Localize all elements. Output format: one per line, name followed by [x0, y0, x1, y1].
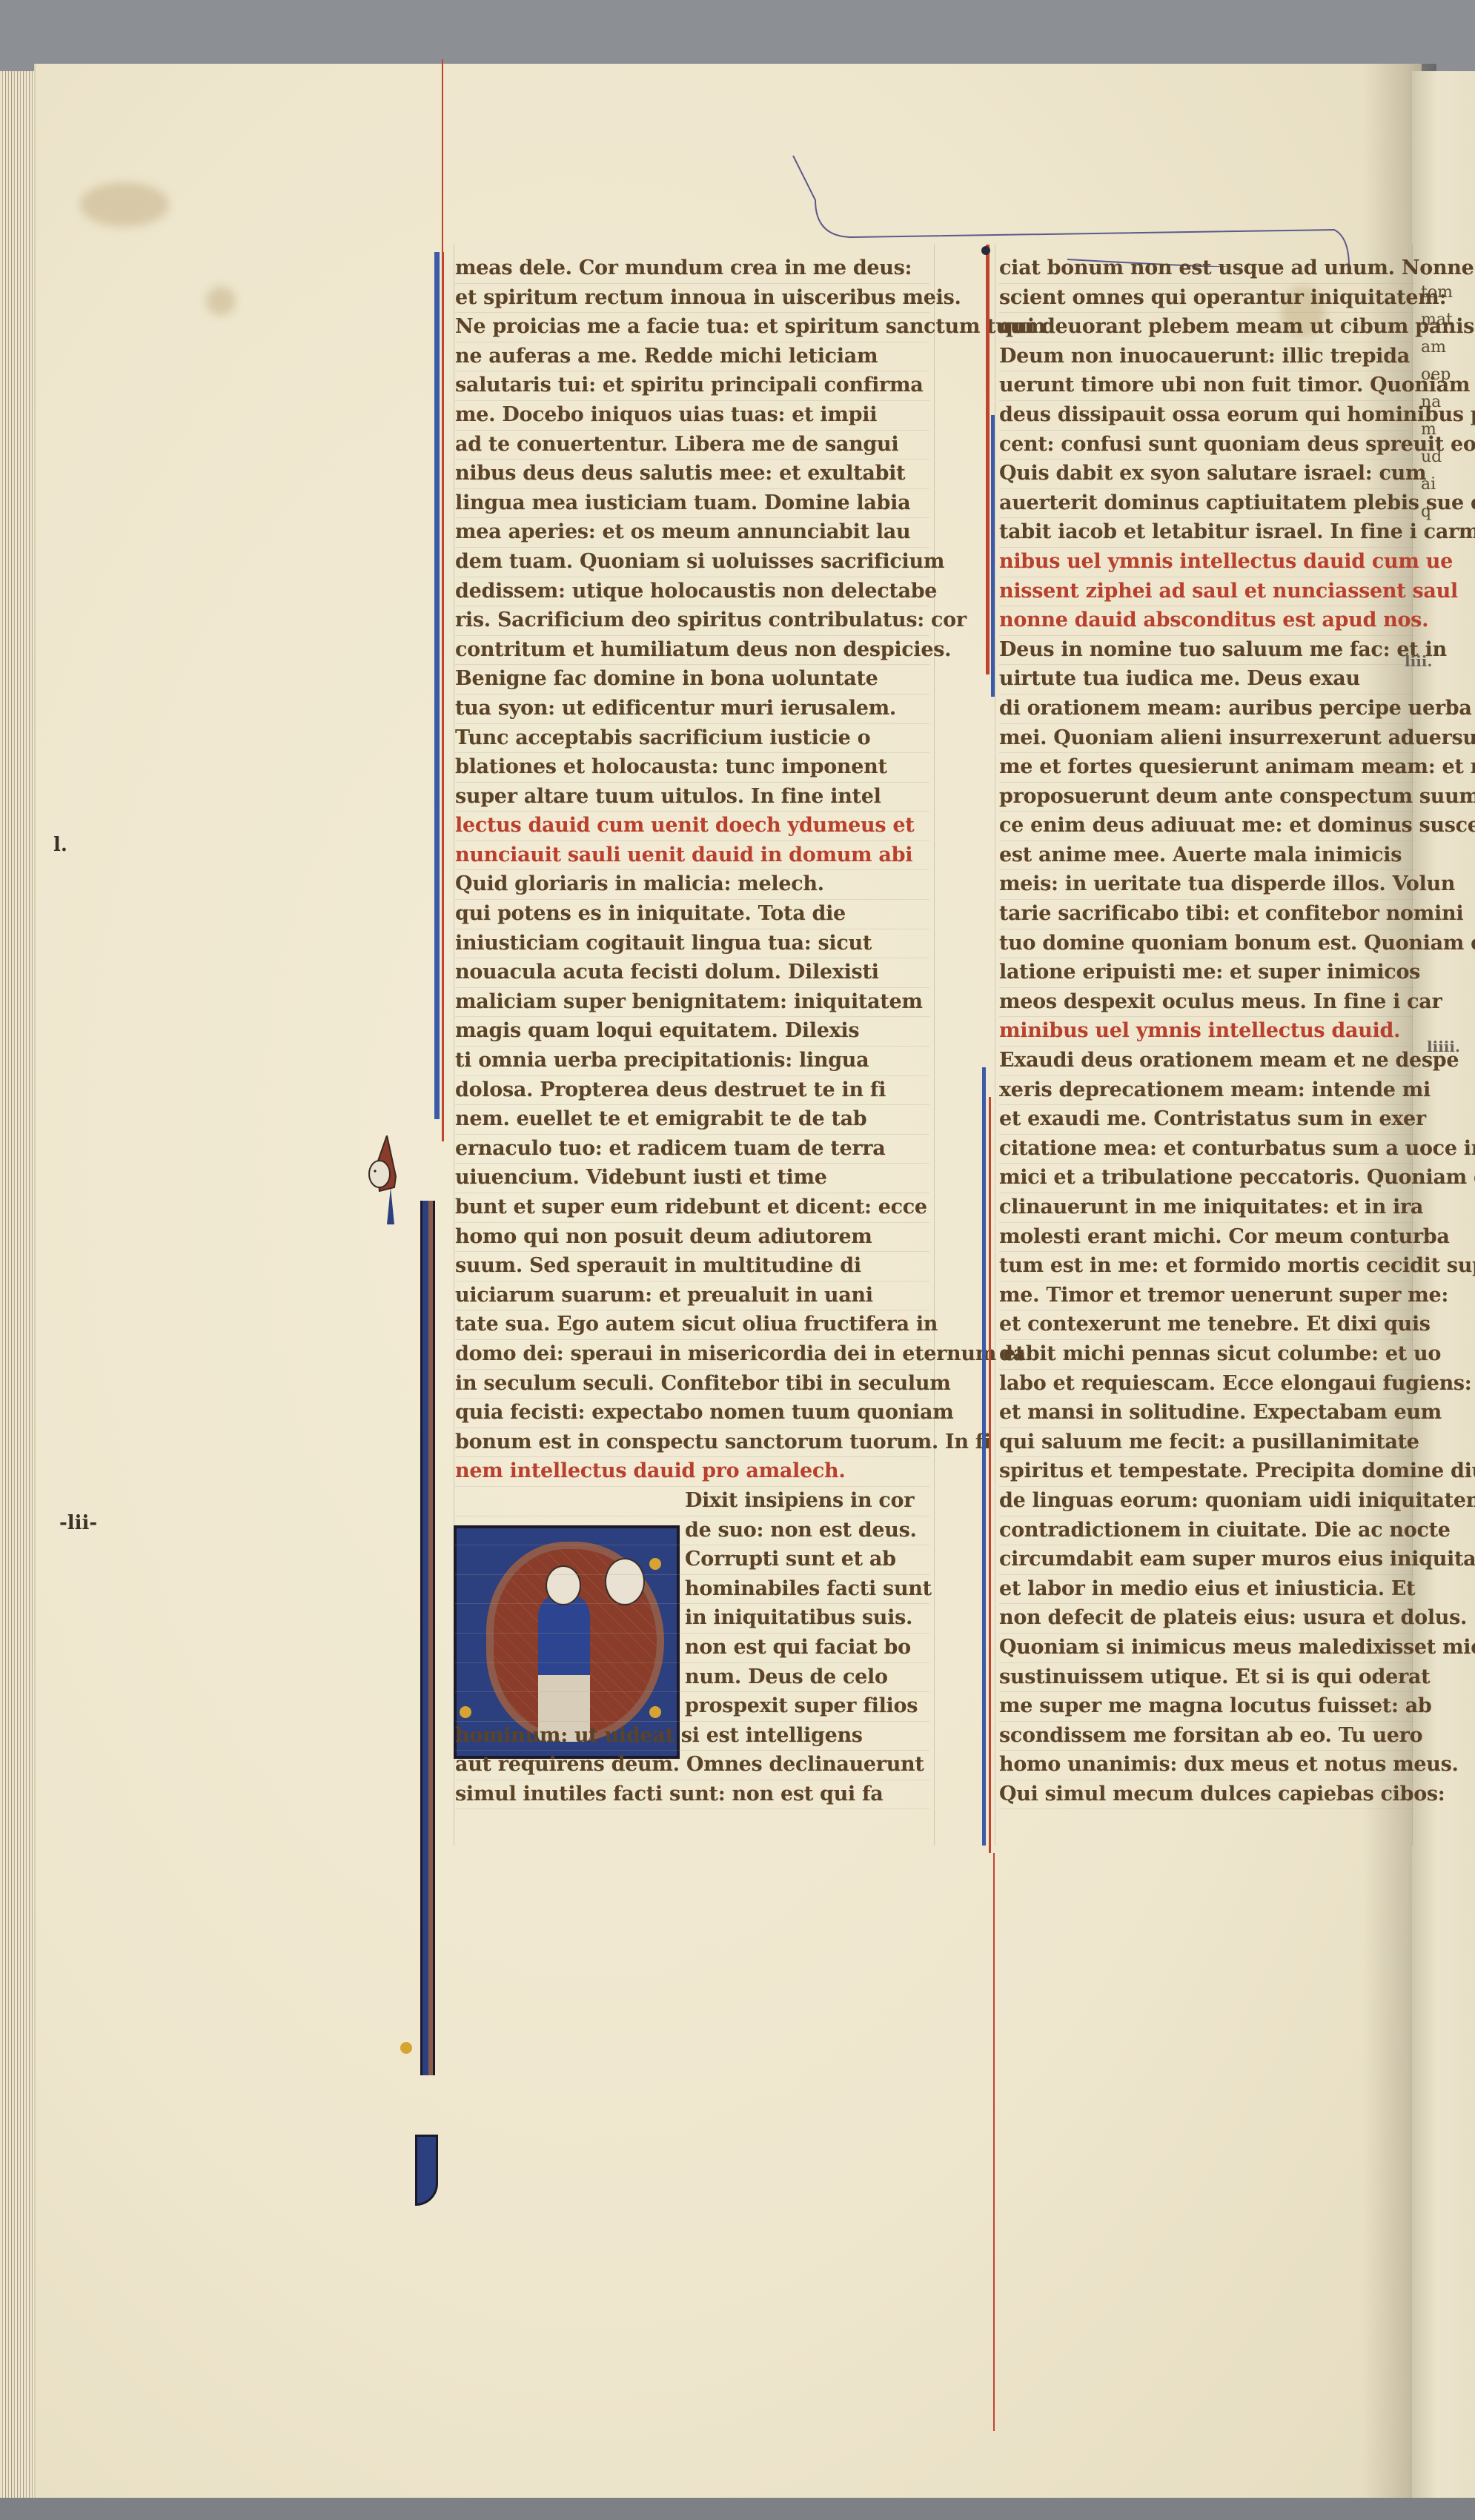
flourish-bottom [993, 1853, 995, 2431]
text-line: ne auferas a me. Redde michi leticiam [455, 342, 929, 372]
text-line: de linguas eorum: quoniam uidi iniquitat… [999, 1487, 1414, 1516]
text-line: Qui simul mecum dulces capiebas cibos: [999, 1780, 1414, 1810]
text-line: nouacula acuta fecisti dolum. Dilexisti [455, 958, 929, 988]
text-line: tabit iacob et letabitur israel. In fine… [999, 518, 1414, 548]
text-line: scient omnes qui operantur iniquitatem: [999, 284, 1414, 314]
text-line: hominabiles facti sunt [455, 1575, 929, 1605]
text-line: dabit michi pennas sicut columbe: et uo [999, 1340, 1414, 1370]
initial-bar-red [986, 245, 990, 674]
scan-backdrop-top [0, 0, 1475, 74]
text-line: simul inutiles facti sunt: non est qui f… [455, 1780, 929, 1810]
ruling-line [995, 245, 995, 1846]
text-line: qui potens es in iniquitate. Tota die [455, 900, 929, 929]
text-line: et contexerunt me tenebre. Et dixi quis [999, 1310, 1414, 1340]
stain [80, 182, 169, 227]
text-line: dem tuam. Quoniam si uoluisses sacrifici… [455, 548, 929, 577]
text-line: nem. euellet te et emigrabit te de tab [455, 1105, 929, 1135]
text-line: homo unanimis: dux meus et notus meus. [999, 1751, 1414, 1780]
text-line: in iniquitatibus suis. [455, 1604, 929, 1634]
text-line: qui saluum me fecit: a pusillanimitate [999, 1428, 1414, 1458]
text-line: homo qui non posuit deum adiutorem [455, 1223, 929, 1253]
text-line: labo et requiescam. Ecce elongaui fugien… [999, 1370, 1414, 1399]
text-line: Quis dabit ex syon salutare israel: cum [999, 460, 1414, 489]
text-line: suum. Sed sperauit in multitudine di [455, 1252, 929, 1281]
text-line: contradictionem in ciuitate. Die ac noct… [999, 1516, 1414, 1546]
text-line: bunt et super eum ridebunt et dicent: ec… [455, 1193, 929, 1223]
scan-backdrop-bottom [0, 2498, 1475, 2520]
text-line: et mansi in solitudine. Expectabam eum [999, 1399, 1414, 1428]
hooded-head-drollery-icon [365, 1135, 402, 1224]
text-line: mea aperies: et os meum annunciabit lau [455, 518, 929, 548]
text-line: sustinuissem utique. Et si is qui oderat [999, 1663, 1414, 1693]
initial-bar-blue [991, 415, 995, 697]
text-line: in seculum seculi. Confitebor tibi in se… [455, 1370, 929, 1399]
marginal-psalm-number: -lii- [59, 1512, 97, 1534]
text-line: aut requirens deum. Omnes declinauerunt [455, 1751, 929, 1780]
text-line: tate sua. Ego autem sicut oliua fructife… [455, 1310, 929, 1340]
text-line: prospexit super filios [455, 1692, 929, 1722]
text-line: domo dei: speraui in misericordia dei in… [455, 1340, 929, 1370]
initial-bar-blue [434, 252, 440, 1119]
text-line: deus dissipauit ossa eorum qui hominibus… [999, 401, 1414, 431]
rubric-line: nonne dauid absconditus est apud nos. [999, 606, 1414, 636]
text-line: xeris deprecationem meam: intende mi [999, 1076, 1414, 1106]
text-line: qui deuorant plebem meam ut cibum panis. [999, 313, 1414, 342]
initial-d-bar-terminal [415, 2135, 438, 2206]
text-line: me. Timor et tremor uenerunt super me: [999, 1281, 1414, 1311]
text-line: nibus deus deus salutis mee: et exultabi… [455, 460, 929, 489]
text-line: Corrupti sunt et ab [455, 1545, 929, 1575]
text-line: de suo: non est deus. [455, 1516, 929, 1546]
text-line: uirtute tua iudica me. Deus exau [999, 665, 1414, 694]
rubric-line: nem intellectus dauid pro amalech. [455, 1457, 929, 1487]
text-line: Deum non inuocauerunt: illic trepida [999, 342, 1414, 372]
initial-bar-blue [982, 1067, 986, 1846]
text-line: citatione mea: et conturbatus sum a uoce… [999, 1135, 1414, 1164]
rubric-line: lectus dauid cum uenit doech ydumeus et [455, 812, 929, 841]
text-line: uiciarum suarum: et preualuit in uani [455, 1281, 929, 1311]
text-line: iniusticiam cogitauit lingua tua: sicut [455, 929, 929, 959]
text-line: blationes et holocausta: tunc imponent [455, 753, 929, 783]
marginal-psalm-number: liiii. [1427, 1038, 1460, 1055]
gold-dot [400, 2042, 412, 2054]
text-line: di orationem meam: auribus percipe uerba… [999, 694, 1414, 724]
text-line: me super me magna locutus fuisset: ab [999, 1692, 1414, 1722]
text-line: Quoniam si inimicus meus maledixisset mi… [999, 1634, 1414, 1663]
text-line: est anime mee. Auerte mala inimicis [999, 841, 1414, 871]
text-line: Quid gloriaris in malicia: melech. [455, 870, 929, 900]
text-line: bonum est in conspectu sanctorum tuorum.… [455, 1428, 929, 1458]
text-line: Deus in nomine tuo saluum me fac: et in [999, 636, 1414, 666]
rubric-line: nunciauit sauli uenit dauid in domum abi [455, 841, 929, 871]
text-column-right: ciat bonum non est usque ad unum. Nonne … [999, 254, 1414, 1809]
text-line: ernaculo tuo: et radicem tuam de terra [455, 1135, 929, 1164]
text-line: ti omnia uerba precipitationis: lingua [455, 1047, 929, 1076]
text-line: et exaudi me. Contristatus sum in exer [999, 1105, 1414, 1135]
text-line: Benigne fac domine in bona uoluntate [455, 665, 929, 694]
text-line: tum est in me: et formido mortis cecidit… [999, 1252, 1414, 1281]
text-line: salutaris tui: et spiritu principali con… [455, 371, 929, 401]
text-line: tarie sacrificabo tibi: et confitebor no… [999, 900, 1414, 929]
text-line: Ne proicias me a facie tua: et spiritum … [455, 313, 929, 342]
text-line: lingua mea iusticiam tuam. Domine labia [455, 489, 929, 519]
text-line: circumdabit eam super muros eius iniquit… [999, 1545, 1414, 1575]
text-line: et labor in medio eius et iniusticia. Et [999, 1575, 1414, 1605]
text-line: dedissem: utique holocaustis non delecta… [455, 577, 929, 607]
text-line: cent: confusi sunt quoniam deus spreuit … [999, 431, 1414, 460]
initial-bar-red [989, 1097, 991, 1853]
text-line: me et fortes quesierunt animam meam: et … [999, 753, 1414, 783]
text-line: auerterit dominus captiuitatem plebis su… [999, 489, 1414, 519]
text-line: tua syon: ut edificentur muri ierusalem. [455, 694, 929, 724]
text-line: non defecit de plateis eius: usura et do… [999, 1604, 1414, 1634]
text-line: magis quam loqui equitatem. Dilexis [455, 1017, 929, 1047]
text-line: tuo domine quoniam bonum est. Quoniam ex… [999, 929, 1414, 959]
text-line: proposuerunt deum ante conspectum suum. … [999, 783, 1414, 812]
stain [206, 286, 236, 316]
text-line: quia fecisti: expectabo nomen tuum quoni… [455, 1399, 929, 1428]
marginal-psalm-number: l. [53, 834, 67, 856]
text-line: hominum: ut uideat si est intelligens [455, 1722, 929, 1751]
rubric-line: nibus uel ymnis intellectus dauid cum ue [999, 548, 1414, 577]
text-line: ciat bonum non est usque ad unum. Nonne [999, 254, 1414, 284]
text-line: ce enim deus adiuuat me: et dominus susc… [999, 812, 1414, 841]
text-line: mici et a tribulatione peccatoris. Quoni… [999, 1164, 1414, 1193]
text-line: me. Docebo iniquos uias tuas: et impii [455, 401, 929, 431]
rubric-line: nissent ziphei ad saul et nunciassent sa… [999, 577, 1414, 607]
text-line: super altare tuum uitulos. In fine intel [455, 783, 929, 812]
flourish-top-left [442, 59, 443, 252]
text-line: meis: in ueritate tua disperde illos. Vo… [999, 870, 1414, 900]
text-line: ris. Sacrificium deo spiritus contribula… [455, 606, 929, 636]
text-line: scondissem me forsitan ab eo. Tu uero [999, 1722, 1414, 1751]
text-line: dolosa. Propterea deus destruet te in fi [455, 1076, 929, 1106]
text-line: Tunc acceptabis sacrificium iusticie o [455, 724, 929, 754]
page-stack-edge [0, 71, 36, 2502]
ruling-line [934, 245, 935, 1846]
text-column-left: meas dele. Cor mundum crea in me deus: e… [455, 254, 929, 1809]
text-line: ad te conuertentur. Libera me de sangui [455, 431, 929, 460]
text-line: spiritus et tempestate. Precipita domine… [999, 1457, 1414, 1487]
text-line: Exaudi deus orationem meam et ne despe [999, 1047, 1414, 1076]
text-line: Dixit insipiens in cor [455, 1487, 929, 1516]
text-line: meos despexit oculus meus. In fine i car [999, 988, 1414, 1018]
text-line: uerunt timore ubi non fuit timor. Quonia… [999, 371, 1414, 401]
text-line: maliciam super benignitatem: iniquitatem [455, 988, 929, 1018]
text-line: et spiritum rectum innoua in uisceribus … [455, 284, 929, 314]
initial-bar-red [442, 252, 444, 1141]
rubric-line: minibus uel ymnis intellectus dauid. [999, 1017, 1414, 1047]
text-line: num. Deus de celo [455, 1663, 929, 1693]
text-line: clinauerunt in me iniquitates: et in ira [999, 1193, 1414, 1223]
initial-d-bar-border [420, 1201, 435, 2075]
text-line: latione eripuisti me: et super inimicos [999, 958, 1414, 988]
top-pen-flourish-icon [786, 156, 1438, 267]
text-line: contritum et humiliatum deus non despici… [455, 636, 929, 666]
text-line: uiuencium. Videbunt iusti et time [455, 1164, 929, 1193]
text-line: mei. Quoniam alieni insurrexerunt aduers… [999, 724, 1414, 754]
marginal-psalm-number: liii. [1405, 652, 1432, 670]
text-line: molesti erant michi. Cor meum conturba [999, 1223, 1414, 1253]
text-line: non est qui faciat bo [455, 1634, 929, 1663]
